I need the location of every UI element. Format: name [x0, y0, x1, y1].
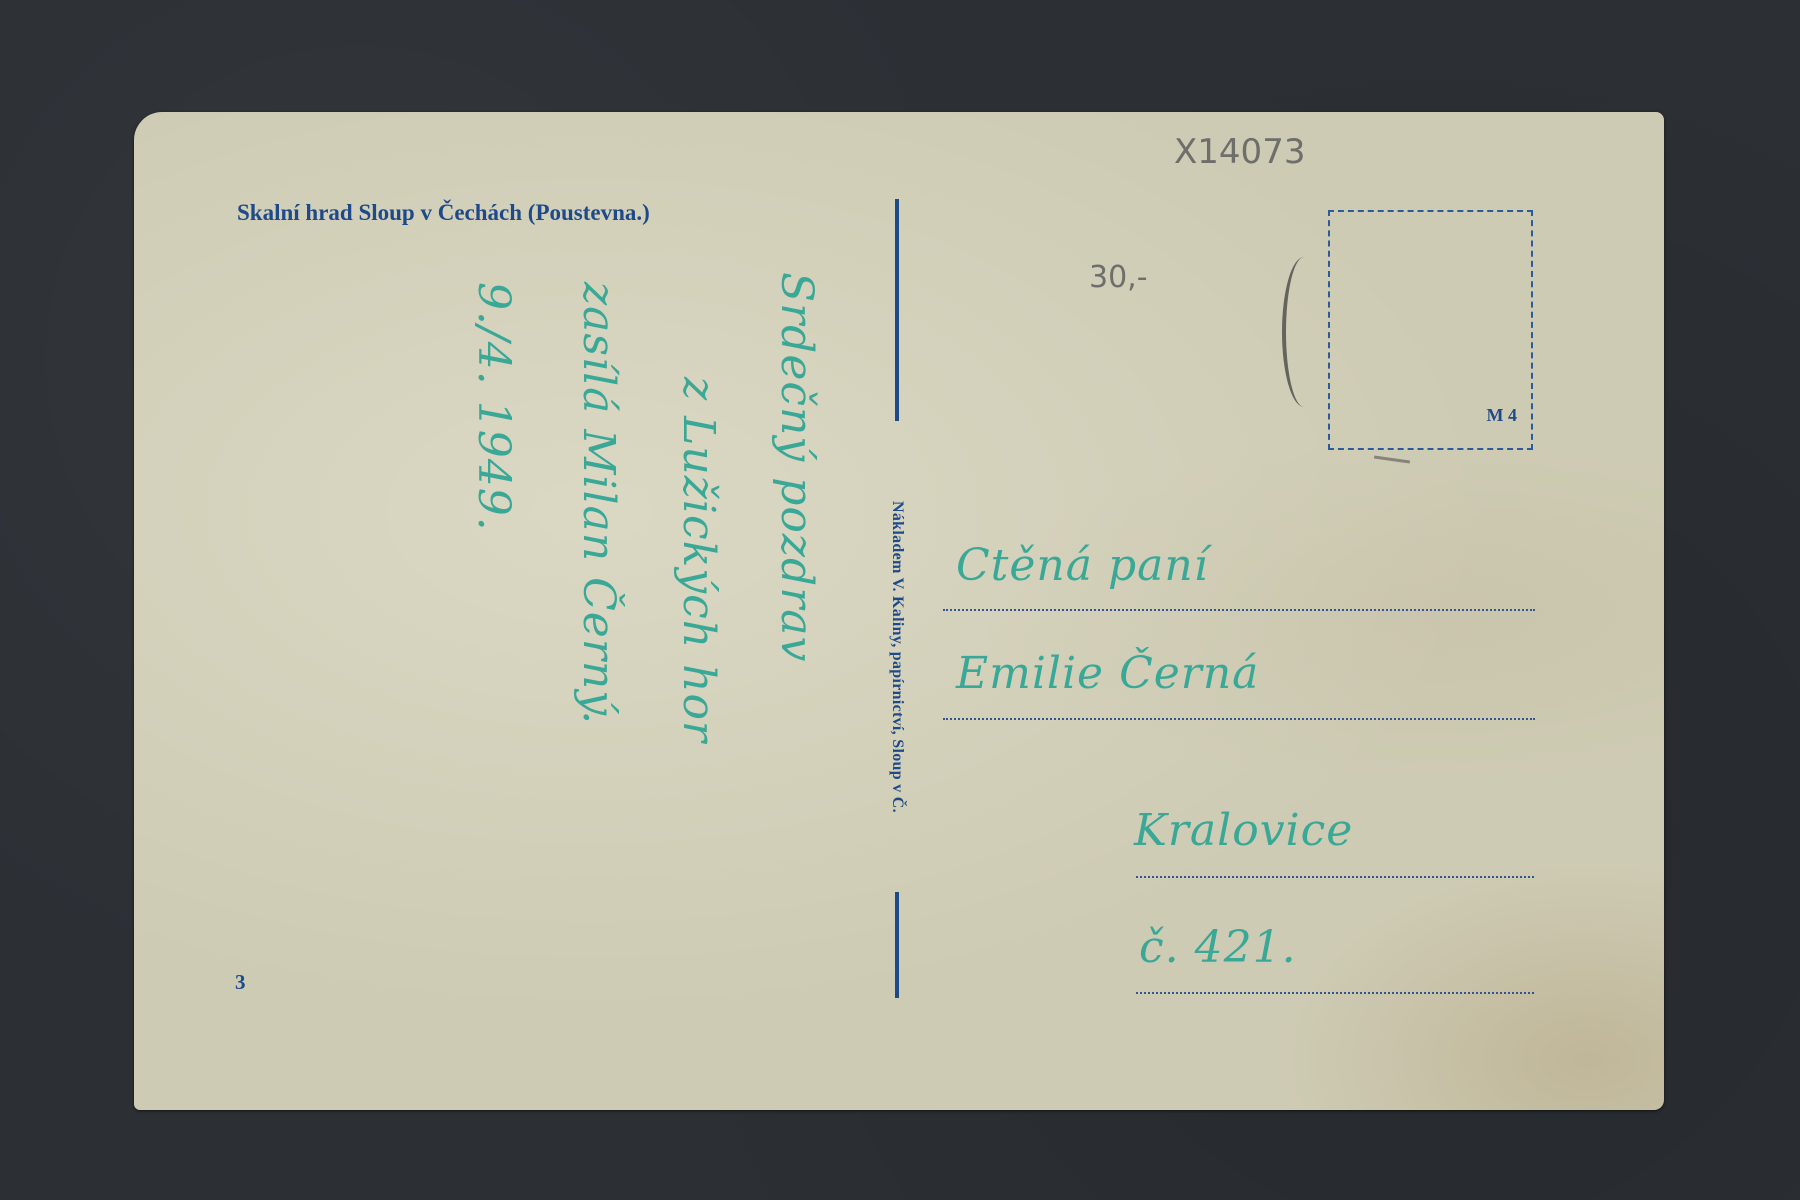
printed-title: Skalní hrad Sloup v Čechách (Poustevna.): [237, 200, 650, 226]
catalog-pencil-mark: X14073: [1174, 132, 1305, 172]
divider-line-bottom: [895, 892, 899, 998]
address-rule-4: [1136, 992, 1534, 994]
message-line-1: Srdečný pozdrav: [771, 272, 822, 662]
stamp-box-label: M 4: [1487, 405, 1518, 426]
message-line-3: zasílá Milan Černý.: [573, 282, 624, 725]
divider-line-top: [895, 199, 899, 421]
address-line-4: č. 421.: [1139, 922, 1297, 973]
address-line-2: Emilie Černá: [956, 648, 1259, 699]
publisher-imprint: Nákladem V. Kaliny, papírnictví, Sloup v…: [888, 501, 906, 813]
card-number: 3: [235, 970, 246, 995]
stamp-box: M 4: [1328, 210, 1533, 450]
postmark-arc: [1282, 257, 1326, 407]
pencil-stroke: [1374, 456, 1410, 464]
address-rule-2: [943, 718, 1535, 720]
message-date: 9./4. 1949.: [468, 282, 519, 532]
price-pencil-mark: 30,-: [1089, 260, 1148, 295]
address-line-1: Ctěná paní: [956, 540, 1209, 591]
address-line-3: Kralovice: [1134, 805, 1353, 856]
postcard-back: Skalní hrad Sloup v Čechách (Poustevna.)…: [134, 112, 1664, 1110]
address-rule-3: [1136, 876, 1534, 878]
address-rule-1: [943, 609, 1535, 611]
message-line-2: z Lužických hor: [673, 377, 724, 743]
